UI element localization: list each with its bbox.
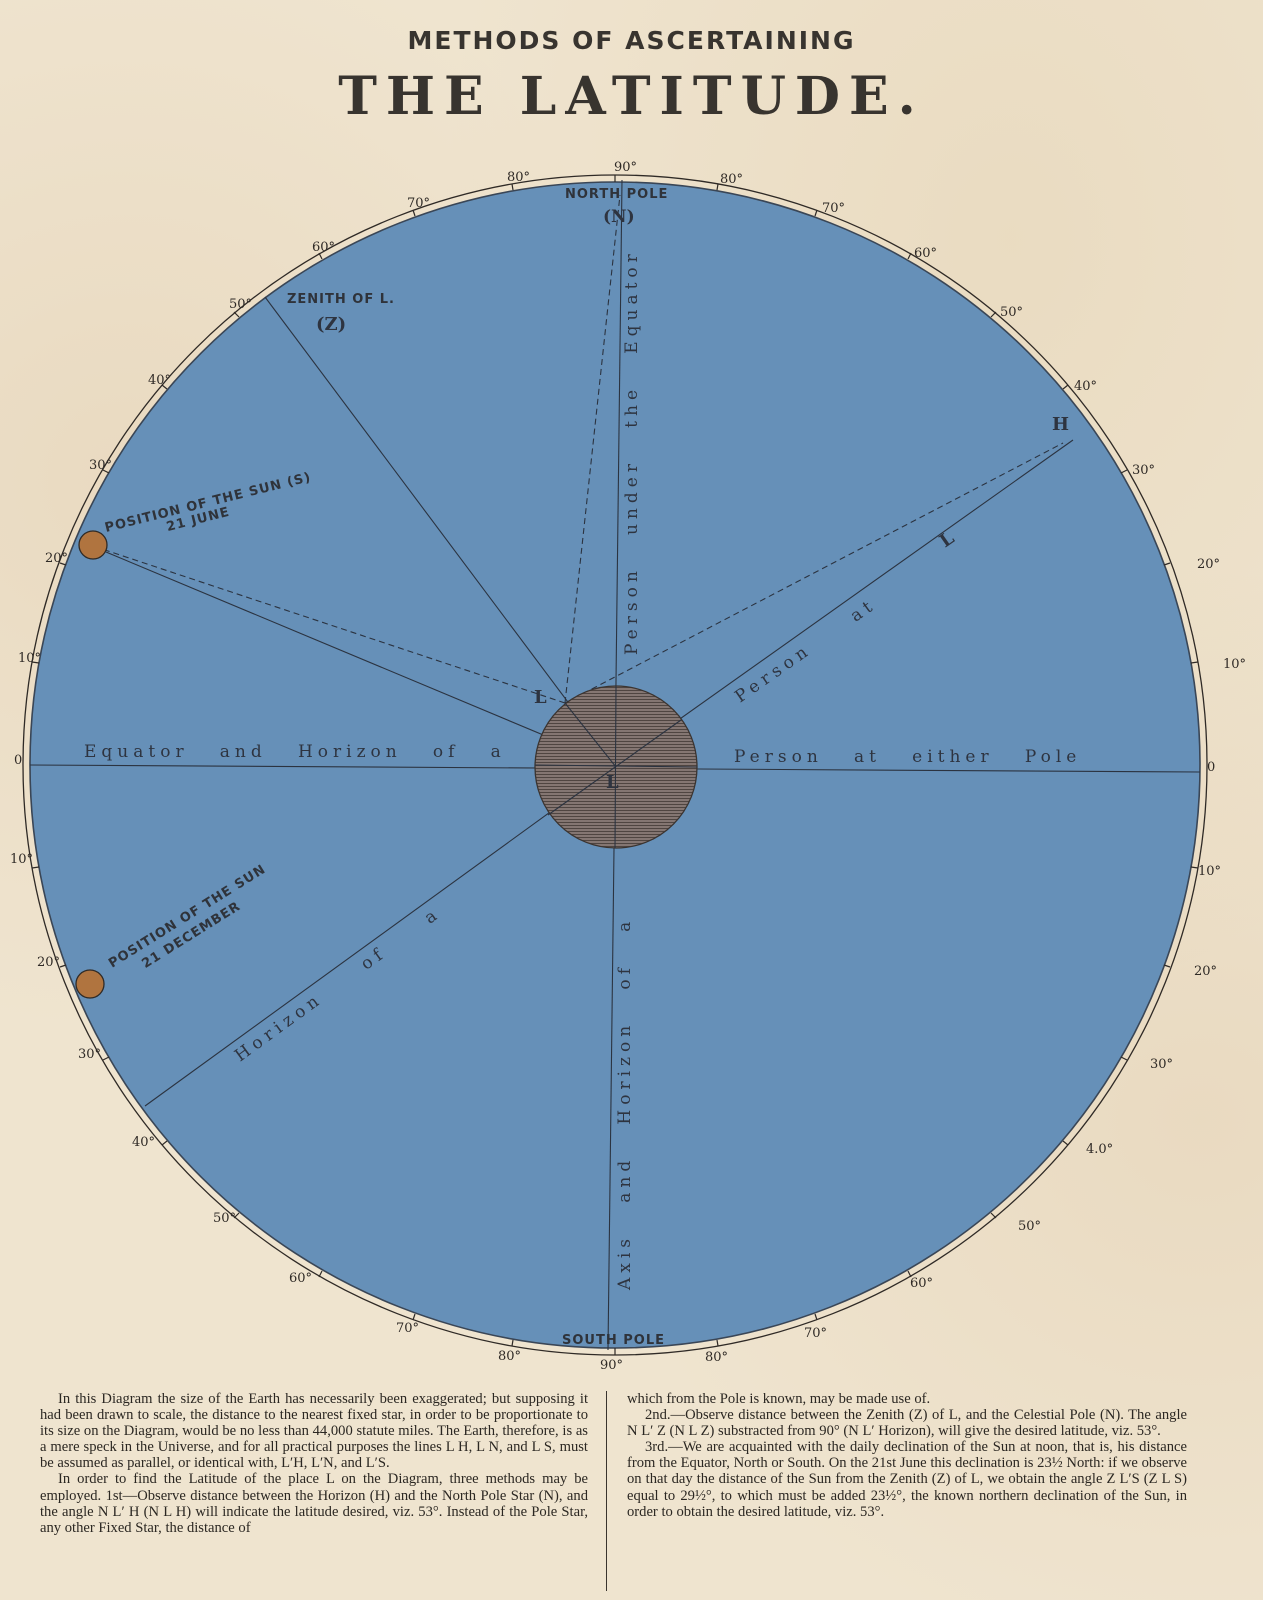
svg-text:20°: 20° — [45, 551, 68, 566]
equator-left-label: Equator and Horizon of a — [84, 742, 506, 762]
svg-text:70°: 70° — [804, 1326, 827, 1341]
svg-text:4.0°: 4.0° — [1086, 1142, 1113, 1157]
south-pole-label: SOUTH POLE — [562, 1333, 665, 1348]
svg-text:30°: 30° — [1132, 463, 1155, 478]
svg-text:30°: 30° — [1150, 1057, 1173, 1072]
degree-label-top-90: 90° — [614, 160, 637, 175]
sun-december-icon — [76, 970, 104, 998]
person-under-equator-label: Person under the Equator — [622, 249, 642, 655]
paragraph: In this Diagram the size of the Earth ha… — [40, 1391, 588, 1471]
svg-text:10°: 10° — [10, 852, 33, 867]
svg-text:30°: 30° — [78, 1047, 101, 1062]
svg-text:80°: 80° — [705, 1350, 728, 1365]
paragraph: 3rd.—We are acquainted with the daily de… — [627, 1439, 1187, 1519]
svg-text:50°: 50° — [1018, 1219, 1041, 1234]
svg-text:40°: 40° — [132, 1135, 155, 1150]
svg-text:60°: 60° — [910, 1276, 933, 1291]
svg-text:20°: 20° — [1194, 964, 1217, 979]
svg-text:50°: 50° — [213, 1211, 236, 1226]
explanation-column-right: which from the Pole is known, may be mad… — [607, 1391, 1187, 1591]
point-l-center: L — [606, 772, 619, 793]
svg-text:50°: 50° — [229, 297, 252, 312]
svg-text:60°: 60° — [289, 1271, 312, 1286]
svg-text:60°: 60° — [312, 240, 335, 255]
explanation-column-left: In this Diagram the size of the Earth ha… — [40, 1391, 607, 1591]
svg-text:80°: 80° — [720, 172, 743, 187]
zenith-marker: (Z) — [316, 314, 346, 335]
svg-text:30°: 30° — [89, 458, 112, 473]
svg-text:10°: 10° — [1223, 657, 1246, 672]
svg-text:40°: 40° — [148, 373, 171, 388]
svg-text:60°: 60° — [914, 246, 937, 261]
svg-text:70°: 70° — [407, 196, 430, 211]
degree-label-bottom-90: 90° — [600, 1358, 623, 1373]
north-pole-label: NORTH POLE — [565, 187, 668, 202]
svg-text:40°: 40° — [1074, 379, 1097, 394]
paragraph: In order to find the Latitude of the pla… — [40, 1471, 588, 1535]
zenith-label: ZENITH OF L. — [287, 292, 395, 307]
svg-text:20°: 20° — [1197, 557, 1220, 572]
degree-label-right-0: 0 — [1207, 760, 1215, 775]
point-h: H — [1052, 414, 1069, 435]
paragraph: 2nd.—Observe distance between the Zenith… — [627, 1407, 1187, 1439]
svg-text:70°: 70° — [396, 1321, 419, 1336]
degree-label-left-0: 0 — [14, 753, 22, 768]
explanation-text: In this Diagram the size of the Earth ha… — [40, 1391, 1225, 1591]
svg-text:10°: 10° — [18, 651, 41, 666]
svg-text:80°: 80° — [507, 170, 530, 185]
svg-text:10°: 10° — [1198, 864, 1221, 879]
svg-text:20°: 20° — [37, 955, 60, 970]
latitude-diagram: 90° 80° 70° 60° 50° 40° 30° 20° 10° 0 80… — [0, 0, 1263, 1600]
sun-june-icon — [79, 531, 107, 559]
point-l-surface: L — [534, 687, 547, 708]
north-star-marker: (N) — [603, 207, 635, 227]
equator-right-label: Person at either Pole — [734, 747, 1081, 767]
paragraph: which from the Pole is known, may be mad… — [627, 1391, 1187, 1407]
svg-text:70°: 70° — [822, 201, 845, 216]
axis-label: Axis and Horizon of a — [615, 917, 635, 1291]
svg-text:50°: 50° — [1000, 305, 1023, 320]
svg-text:80°: 80° — [498, 1349, 521, 1364]
